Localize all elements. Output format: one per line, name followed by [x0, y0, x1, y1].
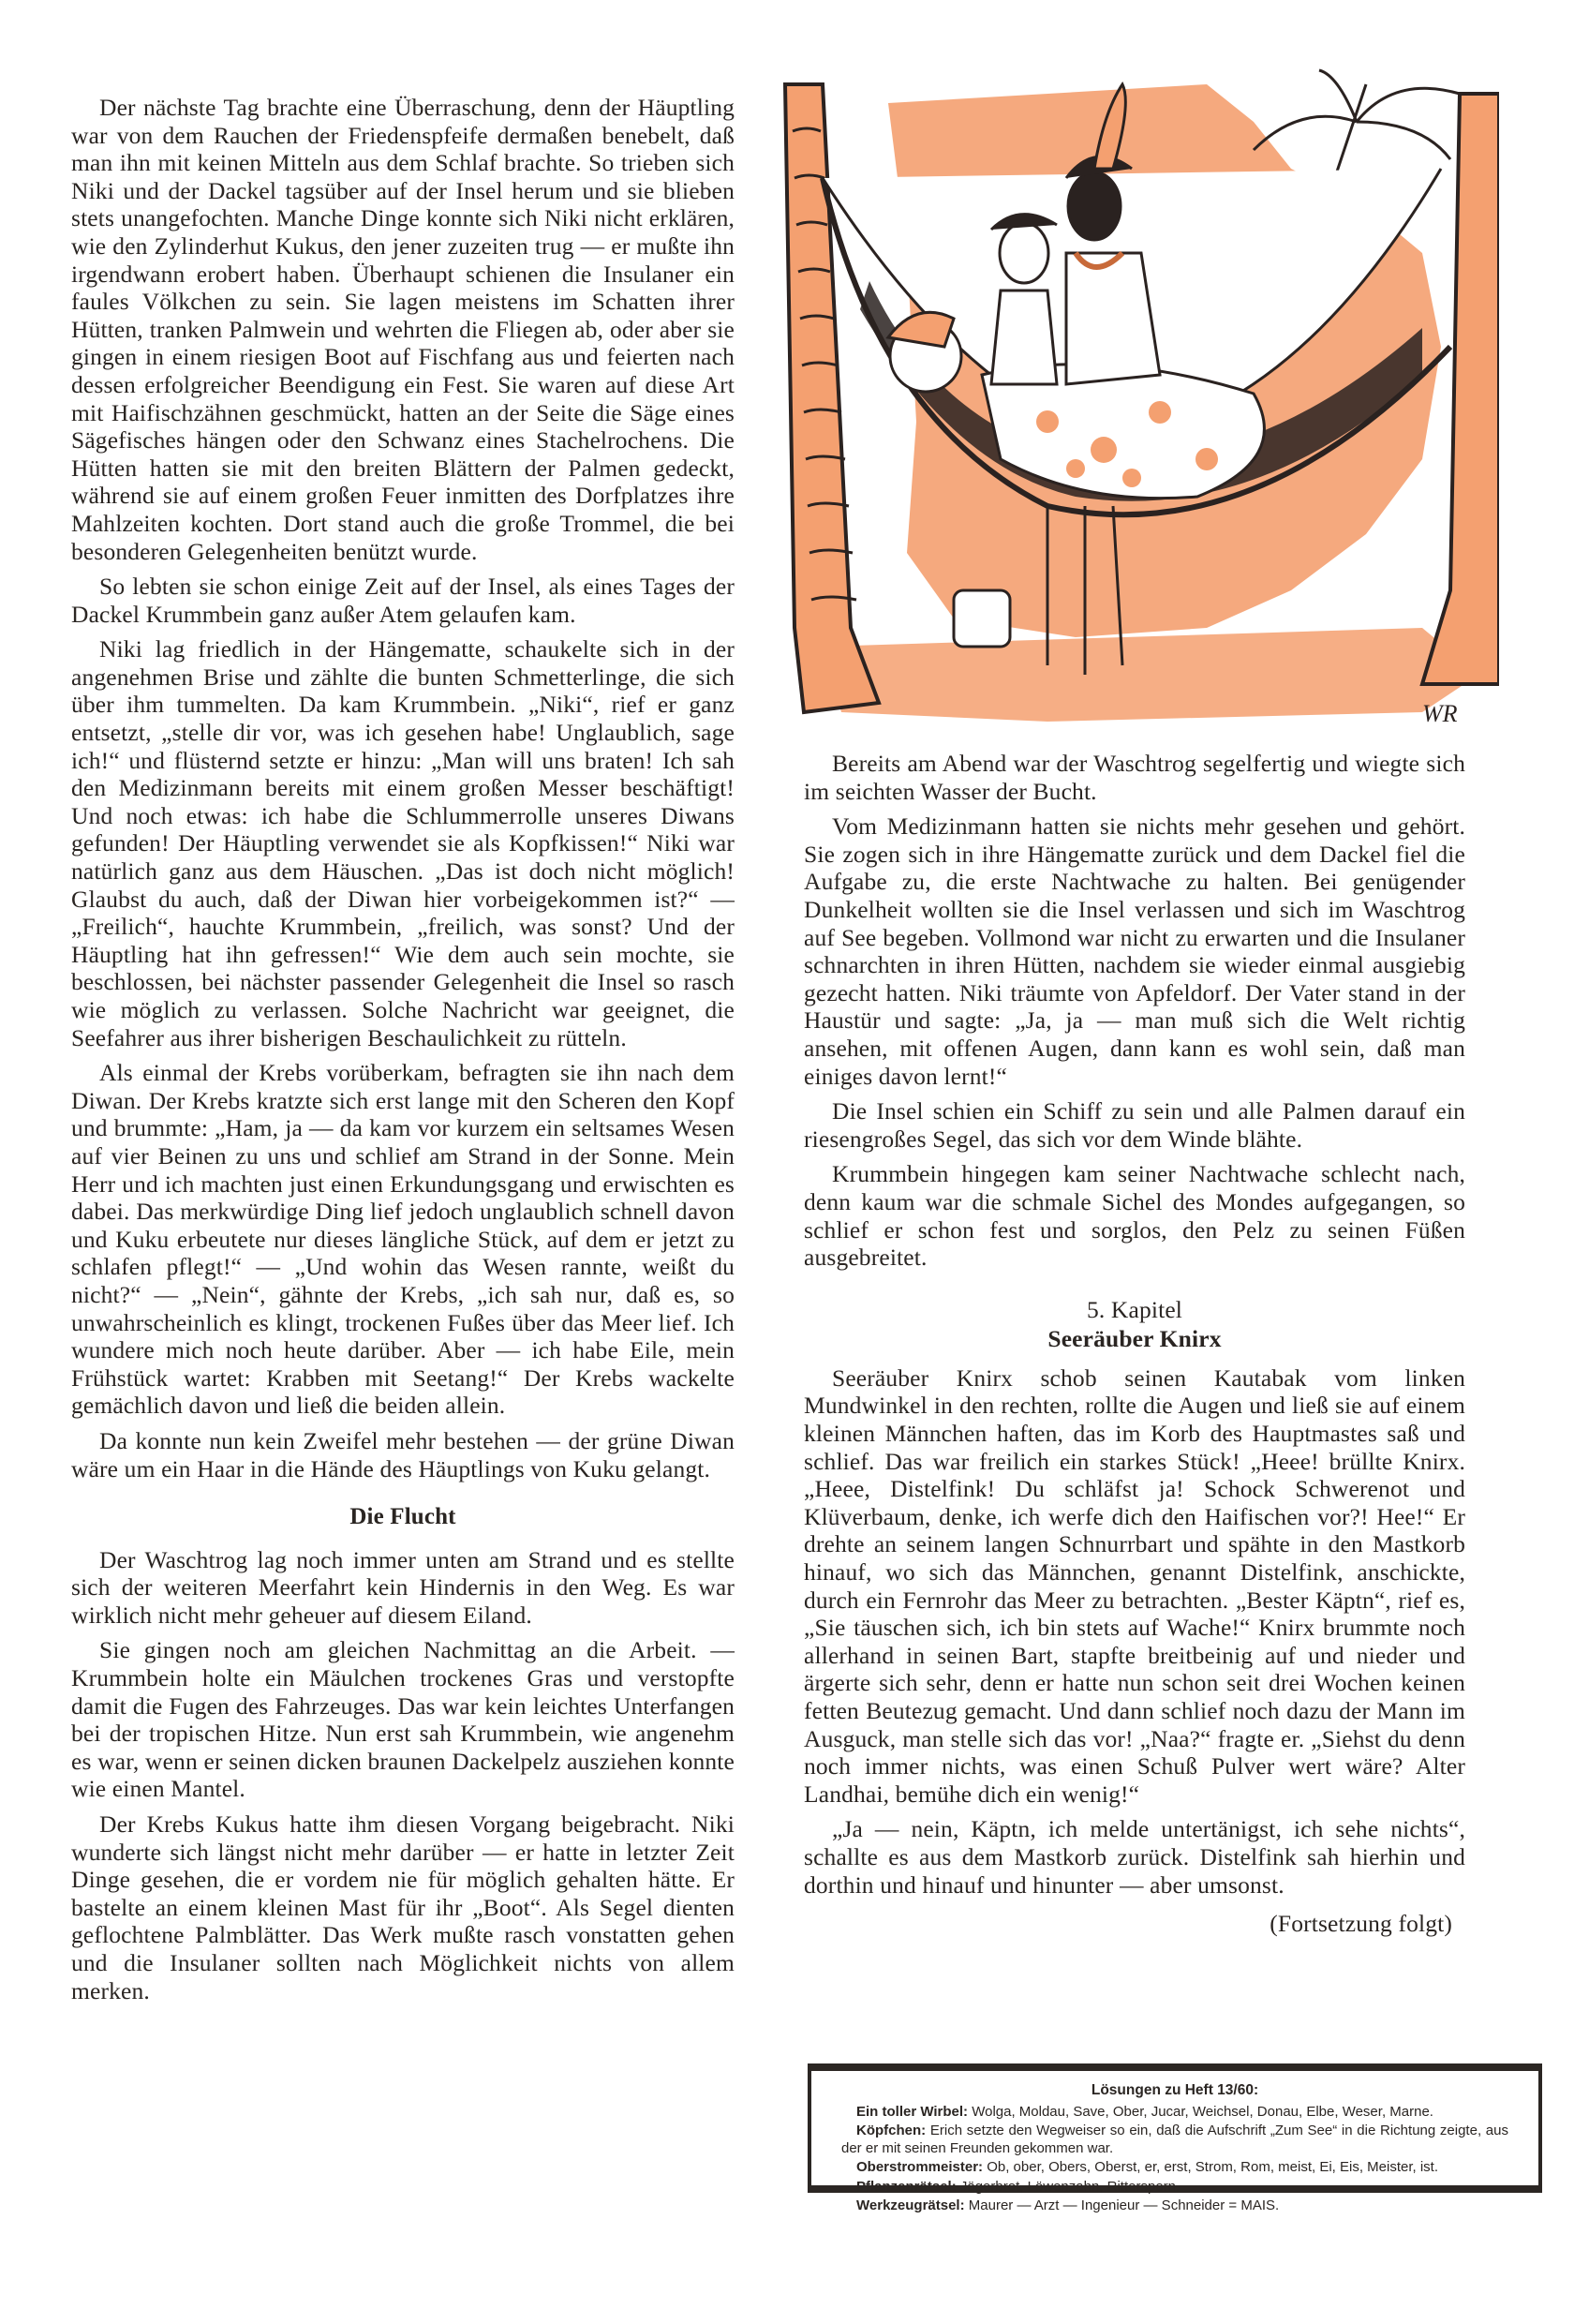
solution-label: Pflanzenrätsel: [856, 2179, 957, 2195]
solution-label: Werkzeugrätsel: [856, 2197, 965, 2213]
paragraph: So lebten sie schon einige Zeit auf der … [71, 573, 735, 628]
puzzle-solutions-box: Lösungen zu Heft 13/60: Ein toller Wirbe… [808, 2063, 1542, 2193]
solution-label: Oberstrommeister: [856, 2159, 983, 2175]
paragraph: Bereits am Abend war der Waschtrog segel… [804, 750, 1465, 805]
solutions-title: Lösungen zu Heft 13/60: [841, 2082, 1508, 2100]
left-text-column: Der nächste Tag brachte eine Überraschun… [71, 94, 735, 2012]
continuation-note: (Fortsetzung folgt) [804, 1910, 1465, 1938]
paragraph: Sie gingen noch am gleichen Nachmittag a… [71, 1636, 735, 1803]
right-text-column: Bereits am Abend war der Waschtrog segel… [804, 750, 1465, 1945]
solution-text: Maurer — Arzt — Ingenieur — Schneider = … [965, 2197, 1280, 2213]
paragraph: Der nächste Tag brachte eine Überraschun… [71, 94, 735, 565]
solution-item: Köpfchen: Erich setzte den Wegweiser so … [841, 2123, 1508, 2157]
solution-text: Ob, ober, Obers, Oberst, er, erst, Strom… [983, 2159, 1438, 2175]
paragraph: Der Krebs Kukus hatte ihm diesen Vorgang… [71, 1810, 735, 2004]
paragraph: Niki lag friedlich in der Hängematte, sc… [71, 635, 735, 1051]
artist-signature: WR [1422, 700, 1458, 727]
solution-item: Ein toller Wirbel: Wolga, Moldau, Save, … [841, 2104, 1508, 2122]
solution-item: Oberstrommeister: Ob, ober, Obers, Obers… [841, 2159, 1508, 2177]
solution-label: Köpfchen: [856, 2123, 926, 2138]
paragraph: Da konnte nun kein Zweifel mehr bestehen… [71, 1427, 735, 1482]
paragraph: Der Waschtrog lag noch immer unten am St… [71, 1546, 735, 1630]
paragraph: Als einmal der Krebs vorüberkam, befragt… [71, 1059, 735, 1420]
chapter-number: 5. Kapitel [804, 1296, 1465, 1324]
section-heading: Die Flucht [71, 1503, 735, 1531]
hammock-scene-image: WR [766, 66, 1499, 740]
solution-text: Wolga, Moldau, Save, Ober, Jucar, Weichs… [968, 2104, 1433, 2120]
solution-item: Werkzeugrätsel: Maurer — Arzt — Ingenieu… [841, 2197, 1508, 2215]
paragraph: Vom Medizinmann hatten sie nichts mehr g… [804, 812, 1465, 1090]
solution-label: Ein toller Wirbel: [856, 2104, 968, 2120]
solution-text: Erich setzte den Wegweiser so ein, daß d… [841, 2123, 1508, 2156]
paragraph: Seeräuber Knirx schob seinen Kautabak vo… [804, 1364, 1465, 1809]
paragraph: Die Insel schien ein Schiff zu sein und … [804, 1097, 1465, 1153]
chapter-title: Seeräuber Knirx [804, 1325, 1465, 1353]
hammock-illustration: WR [766, 66, 1499, 740]
paragraph: „Ja — nein, Käptn, ich melde untertänigs… [804, 1815, 1465, 1899]
solution-item: Pflanzenrätsel: Jägerbrot, Löwenzahn, Ri… [841, 2179, 1508, 2197]
paragraph: Krummbein hingegen kam seiner Nachtwache… [804, 1160, 1465, 1271]
solution-text: Jägerbrot, Löwenzahn, Rittersporn. [957, 2179, 1180, 2195]
